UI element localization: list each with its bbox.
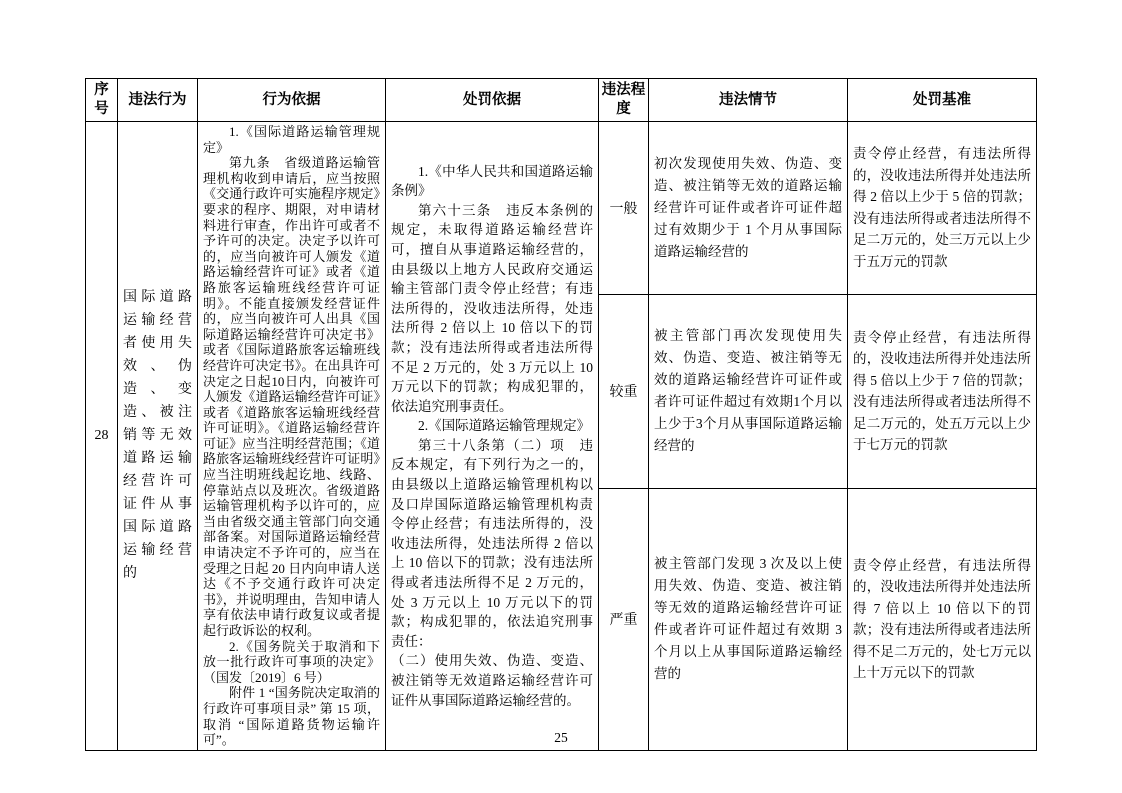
severity-row-general: 28 国际道路运输经营者使用失效、伪造、变造、被注销等无效道路运输经营许可证件从… [86,122,1037,295]
circumstance-cell-general: 初次发现使用失效、伪造、变造、被注销等无效的道路运输经营许可证件或者许可证件超过… [649,122,848,295]
document-page: 序号 违法行为 行为依据 处罚依据 违法程度 违法情节 处罚基准 28 国际道路… [0,0,1122,793]
degree-cell-general: 一般 [599,122,649,295]
penalty-basis-paragraph: 1.《中华人民共和国道路运输条例》 [391,162,593,201]
degree-cell-severe: 严重 [599,488,649,750]
header-circumstance: 违法情节 [649,79,848,122]
act-basis-paragraph: 第九条 省级道路运输管理机构收到申请后，应当按照《交通行政许可实施程序规定》要求… [203,155,380,638]
header-act-basis: 行为依据 [198,79,386,122]
seq-cell: 28 [86,122,118,751]
penalty-discretion-table: 序号 违法行为 行为依据 处罚依据 违法程度 违法情节 处罚基准 28 国际道路… [85,78,1037,751]
act-basis-paragraph: 2.《国务院关于取消和下放一批行政许可事项的决定》（国发〔2019〕6 号） [203,639,380,686]
benchmark-cell-heavier: 责令停止经营，有违法所得的，没收违法所得并处违法所得 5 倍以上少于 7 倍的罚… [848,294,1037,488]
illegal-act-cell: 国际道路运输经营者使用失效、伪造、变造、被注销等无效道路运输经营许可证件从事国际… [118,122,198,751]
act-basis-paragraph: 1.《国际道路运输管理规定》 [203,124,380,155]
benchmark-cell-severe: 责令停止经营，有违法所得的，没收违法所得并处违法所得 7 倍以上 10 倍以下的… [848,488,1037,750]
table-header: 序号 违法行为 行为依据 处罚依据 违法程度 违法情节 处罚基准 [86,79,1037,122]
header-penalty-basis: 处罚依据 [386,79,599,122]
table-body: 28 国际道路运输经营者使用失效、伪造、变造、被注销等无效道路运输经营许可证件从… [86,122,1037,751]
header-row: 序号 违法行为 行为依据 处罚依据 违法程度 违法情节 处罚基准 [86,79,1037,122]
header-illegal-act: 违法行为 [118,79,198,122]
penalty-basis-paragraph: 第三十八条第（二）项 违反本规定，有下列行为之一的，由县级以上道路运输管理机构以… [391,436,593,652]
penalty-basis-paragraph: （二）使用失效、伪造、变造、被注销等无效道路运输经营许可证件从事国际道路运输经营… [391,651,593,710]
degree-cell-heavier: 较重 [599,294,649,488]
header-benchmark: 处罚基准 [848,79,1037,122]
act-basis-cell: 1.《国际道路运输管理规定》 第九条 省级道路运输管理机构收到申请后，应当按照《… [198,122,386,751]
header-seq: 序号 [86,79,118,122]
header-degree: 违法程度 [599,79,649,122]
circumstance-cell-heavier: 被主管部门再次发现使用失效、伪造、变造、被注销等无效的道路运输经营许可证件或者许… [649,294,848,488]
penalty-basis-paragraph: 2.《国际道路运输管理规定》 [391,416,593,436]
circumstance-cell-severe: 被主管部门发现 3 次及以上使用失效、伪造、变造、被注销等无效的道路运输经营许可… [649,488,848,750]
penalty-basis-paragraph: 第六十三条 违反本条例的规定，未取得道路运输经营许可，擅自从事道路运输经营的，由… [391,201,593,417]
penalty-basis-cell: 1.《中华人民共和国道路运输条例》 第六十三条 违反本条例的规定，未取得道路运输… [386,122,599,751]
page-number: 25 [0,730,1122,746]
benchmark-cell-general: 责令停止经营，有违法所得的，没收违法所得并处违法所得 2 倍以上少于 5 倍的罚… [848,122,1037,295]
